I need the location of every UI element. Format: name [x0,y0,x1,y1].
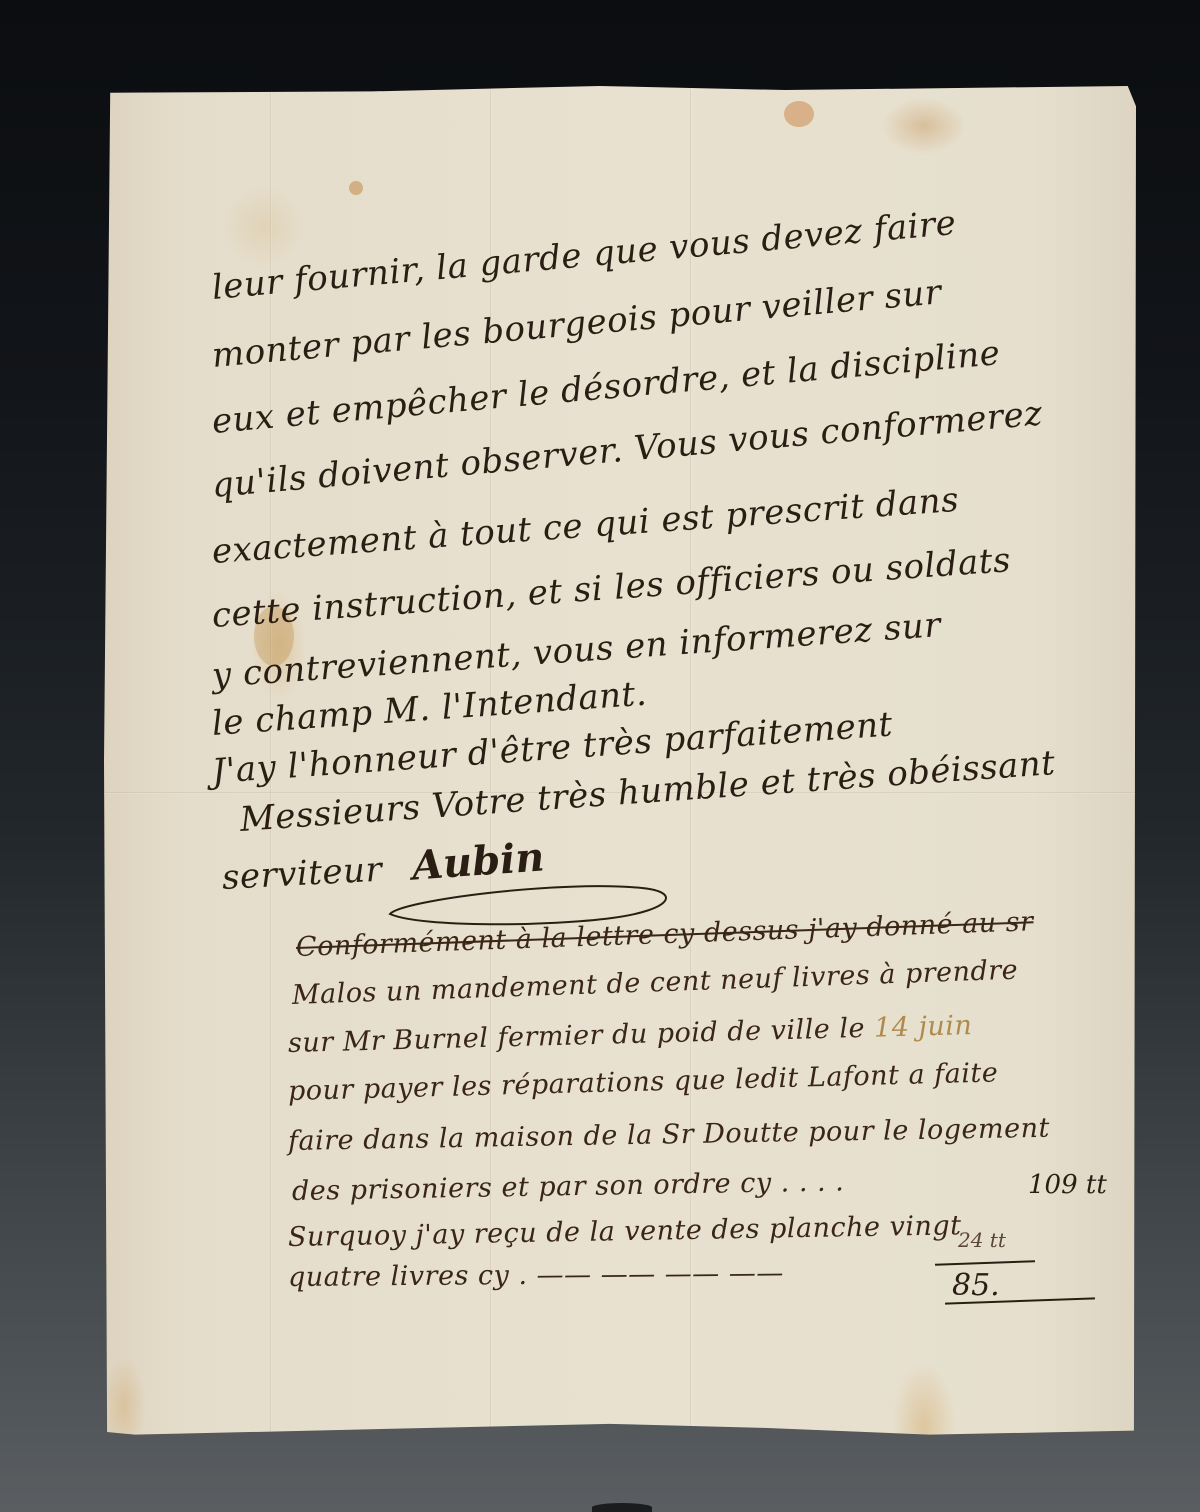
amount-109: 109 tt [1028,1170,1107,1200]
ink-stain [784,101,814,127]
foxing-spot [349,181,363,195]
total-amount: 85. [952,1268,1000,1303]
stand-edge [592,1503,652,1512]
water-stain [1179,1361,1200,1471]
faded-date: 14 juin [874,1010,973,1044]
note-line-8: quatre livres cy . —— —— —— —— [288,1258,784,1293]
amount-24: 24 tt [958,1228,1006,1252]
letter-closing-3: serviteur [221,850,383,898]
